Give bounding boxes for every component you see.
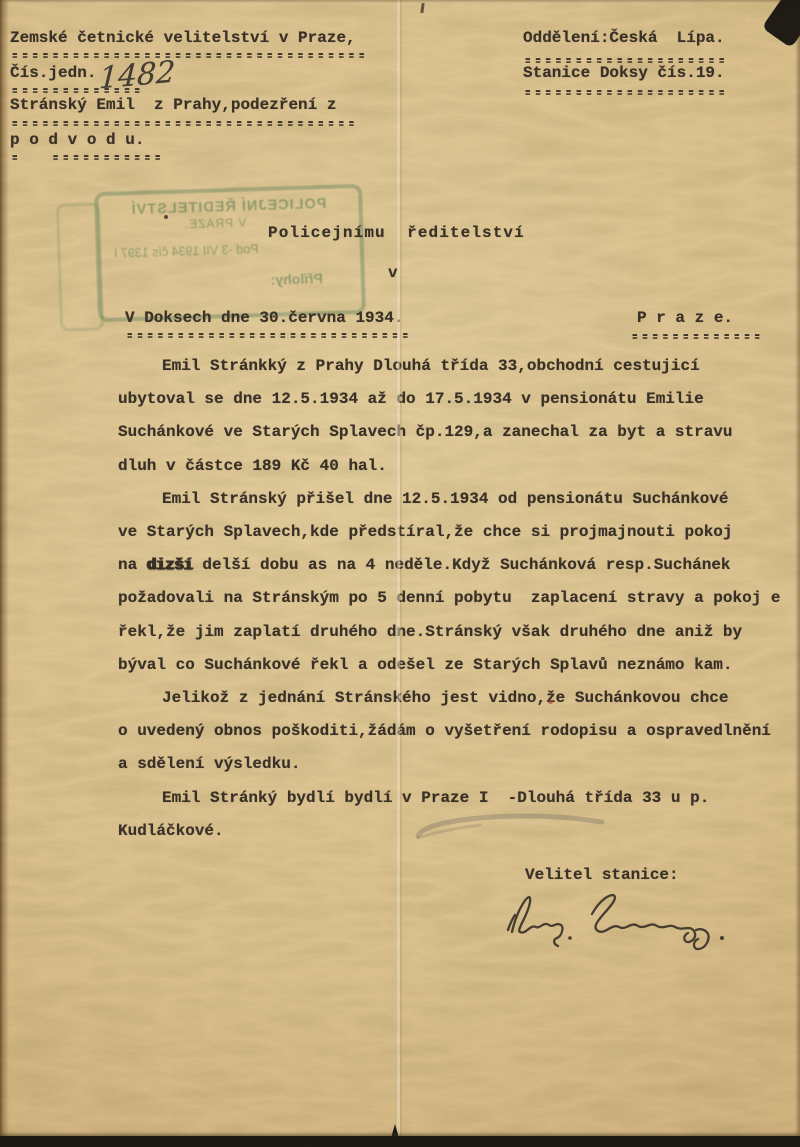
sender-agency-line: Zemské četnické velitelství v Praze, [10, 30, 356, 46]
body-line: a sdělení výsledku. [118, 748, 798, 781]
body-line: ve Starých Splavech,kde předstíral,že ch… [118, 516, 798, 549]
divider-dashes: ----------------------------------- [10, 46, 367, 62]
police-stamp-box: POLICEJNÍ ŘEDITELSTVÍ V PRAZE. Pod -3 VI… [94, 184, 366, 322]
department-line: Oddělení:Česká Lípa. [523, 30, 725, 46]
body-line: ubytoval se dne 12.5.1934 až do 17.5.193… [118, 383, 798, 416]
body-text: delší dobu as na 4 neděle.Když Suchánkov… [193, 556, 731, 574]
paper-edge-top [0, 0, 800, 3]
body-line: o uvedený obnos poškoditi,žádám o vyšetř… [118, 715, 798, 748]
divider-dashes: - ----------- [10, 148, 163, 164]
body-line: řekl,že jim zaplatí druhého dne.Stránský… [118, 616, 798, 649]
divider-dashes: ------------- [630, 327, 763, 343]
divider-dashes: -------------------- [523, 83, 727, 99]
addressee-city: P r a z e. [637, 310, 733, 326]
divider-dashes: ---------------------------------- [10, 114, 357, 130]
paper-edge-left [0, 0, 9, 1147]
ink-speck [164, 215, 168, 219]
ink-speck [420, 3, 424, 13]
body-line: požadovali na Stránským po 5 denní pobyt… [118, 582, 798, 615]
body-line: Jelikož z jednání Stránského jest vidno,… [118, 682, 798, 715]
body-line: Emil Stránkký z Prahy Dlouhá třída 33,ob… [118, 350, 798, 383]
fold-crease [397, 0, 400, 1147]
scan-background-strip [0, 1136, 800, 1147]
divider-dashes: ---------------------------- [125, 326, 411, 342]
scanned-letter-page: POLICEJNÍ ŘEDITELSTVÍ V PRAZE. Pod -3 VI… [0, 0, 800, 1147]
body-line-with-strikeout: na dizší delší dobu as na 4 neděle.Když … [118, 549, 798, 582]
torn-corner [762, 0, 800, 48]
signature-handwriting [500, 878, 740, 953]
letter-body: Emil Stránkký z Prahy Dlouhá třída 33,ob… [118, 350, 798, 848]
stamp-enclosures-line: Přílohy: [101, 269, 361, 293]
body-line: dluh v částce 189 Kč 40 hal. [118, 450, 798, 483]
body-line: býval co Suchánkové řekl a odešel ze Sta… [118, 649, 798, 682]
subject-line: Stránský Emil z Prahy,podezření z [10, 97, 336, 113]
police-stamp: POLICEJNÍ ŘEDITELSTVÍ V PRAZE. Pod -3 VI… [94, 184, 366, 322]
body-text: na [118, 556, 147, 574]
body-line: Suchánkové ve Starých Splavech čp.129,a … [118, 416, 798, 449]
overstruck-word: dizší [147, 556, 193, 574]
body-line: Emil Stránský přišel dne 12.5.1934 od pe… [118, 483, 798, 516]
paper-edge-right [795, 0, 800, 1147]
reference-number-label: Čís.jedn. [10, 65, 96, 81]
red-speck [548, 700, 553, 704]
stamp-date-line: Pod -3 VII 1934 čís 1397 I [100, 239, 360, 261]
divider-dashes: ------------- [10, 81, 143, 97]
place-date-line: V Doksech dne 30.června 1934. [125, 310, 403, 326]
subject-line-2: p o d v o d u. [10, 132, 144, 148]
pencil-smudge [410, 810, 610, 850]
station-line: Stanice Doksy čís.19. [523, 65, 725, 81]
